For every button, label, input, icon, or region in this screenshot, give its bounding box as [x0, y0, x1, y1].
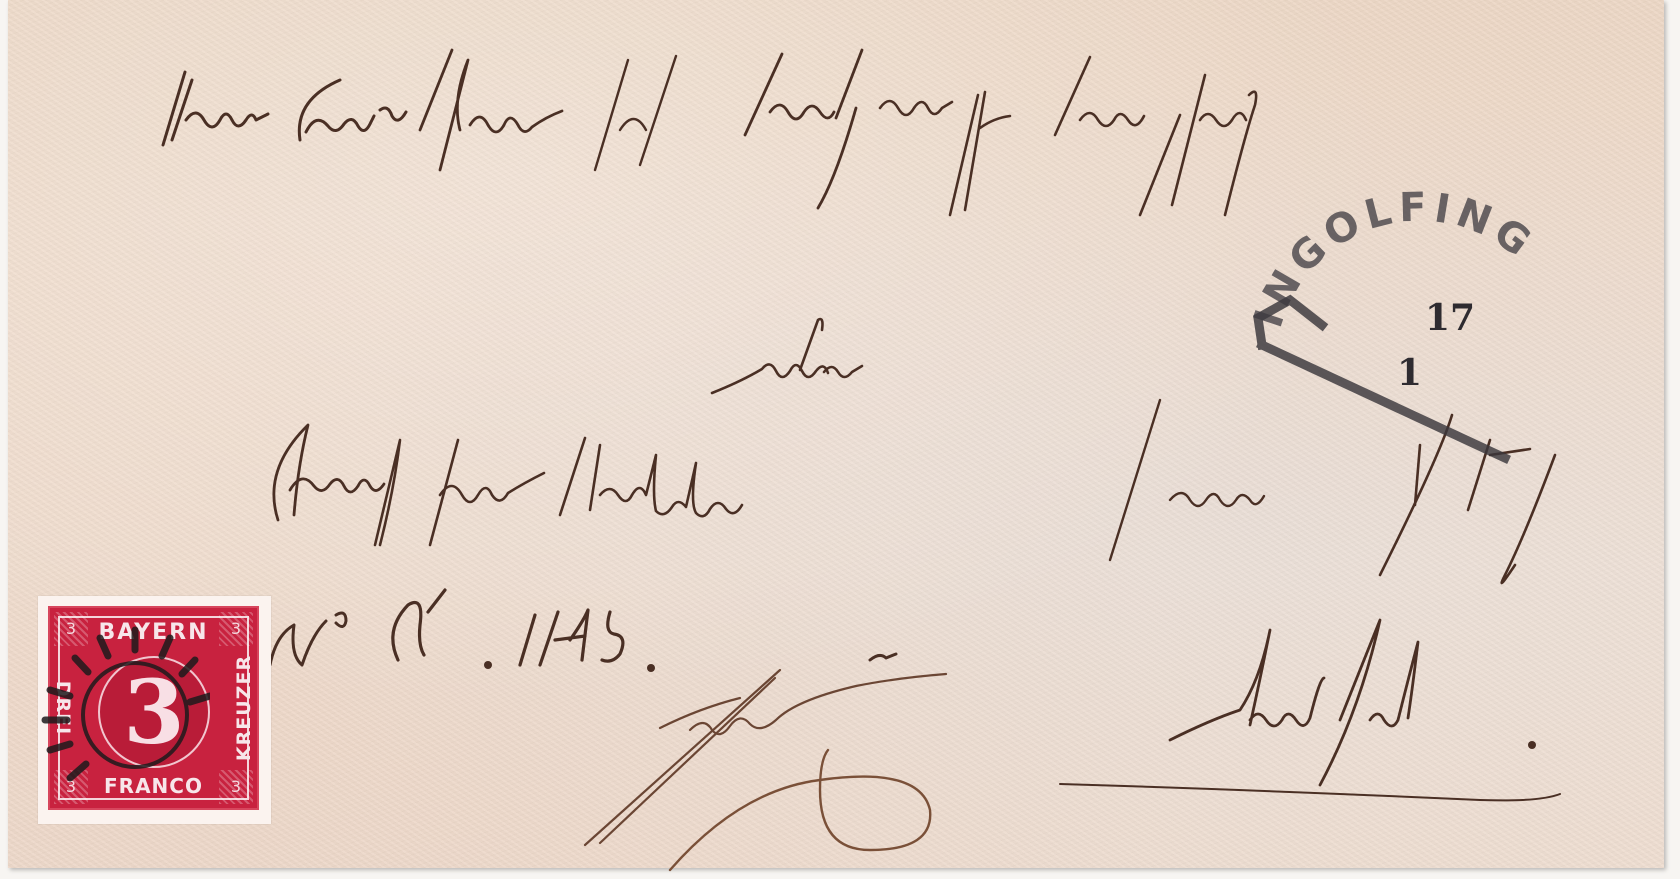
postmark-day: 17	[1425, 297, 1475, 339]
svg-text:INGOLFING: INGOLFING	[1245, 184, 1543, 333]
stamp-right-text: KREUZER	[233, 655, 255, 761]
postmark-town: INGOLFING	[1245, 184, 1543, 333]
postmark-month: 1	[1397, 352, 1422, 394]
cancellation-mark	[30, 620, 210, 800]
